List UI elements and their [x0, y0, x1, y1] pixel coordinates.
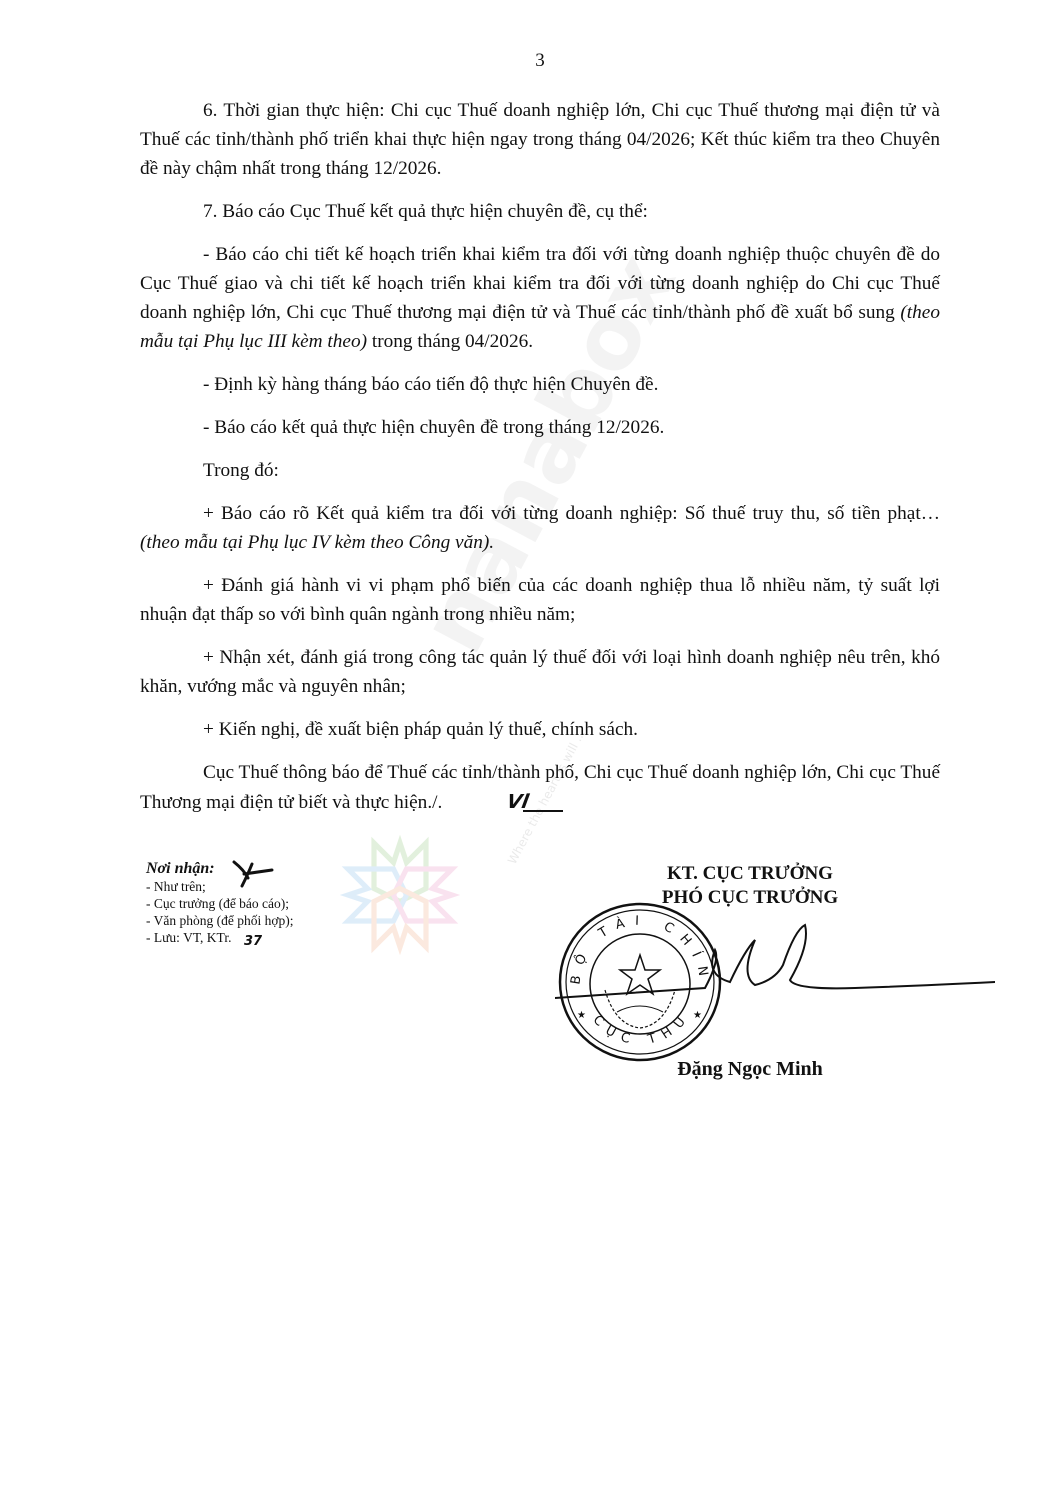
svg-text:★: ★	[577, 1010, 586, 1021]
signer-name: Đặng Ngọc Minh	[600, 1058, 900, 1081]
recipient-item: - Văn phòng (để phối hợp);	[146, 912, 446, 929]
recipients-block: Nơi nhận: - Như trên; - Cục trưởng (để b…	[146, 860, 446, 946]
handwritten-note: 37	[244, 933, 262, 950]
sub-item-results: + Báo cáo rõ Kết quả kiểm tra đối với từ…	[140, 499, 940, 557]
handwritten-signature-icon	[555, 920, 995, 1010]
bullet-final-report: - Báo cáo kết quả thực hiện chuyên đề tr…	[140, 413, 940, 442]
svg-text:★: ★	[693, 1010, 702, 1021]
bullet-monthly-progress: - Định kỳ hàng tháng báo cáo tiến độ thự…	[140, 370, 940, 399]
signer-title: PHÓ CỤC TRƯỞNG	[600, 886, 900, 910]
paragraph-6-timeline: 6. Thời gian thực hiện: Chi cục Thuế doa…	[140, 96, 940, 183]
page-number: 3	[0, 50, 1061, 72]
closing-paragraph: Cục Thuế thông báo để Thuế các tỉnh/thàn…	[140, 758, 940, 817]
sub-item-results-text: + Báo cáo rõ Kết quả kiểm tra đối với từ…	[203, 503, 940, 524]
recipient-item: - Cục trưởng (để báo cáo);	[146, 895, 446, 912]
initial-underline	[523, 810, 563, 812]
recipient-item: - Lưu: VT, KTr.37	[146, 929, 446, 946]
handwritten-check-icon	[230, 856, 274, 890]
closing-text: Cục Thuế thông báo để Thuế các tỉnh/thàn…	[140, 762, 940, 813]
initial-signature-mark: Vl	[442, 787, 532, 816]
recipient-item: - Như trên;	[146, 878, 446, 895]
bullet-detailed-plan-deadline: trong tháng 04/2026.	[367, 331, 533, 352]
sub-item-recommendations: + Kiến nghị, đề xuất biện pháp quản lý t…	[140, 715, 940, 744]
recipient-archive-text: - Lưu: VT, KTr.	[146, 930, 231, 945]
signer-authority: KT. CỤC TRƯỞNG	[600, 862, 900, 886]
paragraph-7-reporting: 7. Báo cáo Cục Thuế kết quả thực hiện ch…	[140, 197, 940, 226]
bullet-detailed-plan: - Báo cáo chi tiết kế hoạch triển khai k…	[140, 240, 940, 356]
sub-item-assessment: + Nhận xét, đánh giá trong công tác quản…	[140, 643, 940, 701]
document-body: 6. Thời gian thực hiện: Chi cục Thuế doa…	[140, 96, 940, 831]
sub-item-violations: + Đánh giá hành vi vi phạm phổ biến của …	[140, 571, 940, 629]
signature-block: KT. CỤC TRƯỞNG PHÓ CỤC TRƯỞNG	[600, 862, 900, 910]
recipients-title: Nơi nhận:	[146, 860, 446, 877]
appendix-iv-reference: (theo mẫu tại Phụ lục IV kèm theo Công v…	[140, 532, 494, 553]
in-which-label: Trong đó:	[140, 456, 940, 485]
bullet-detailed-plan-text: - Báo cáo chi tiết kế hoạch triển khai k…	[140, 244, 940, 323]
